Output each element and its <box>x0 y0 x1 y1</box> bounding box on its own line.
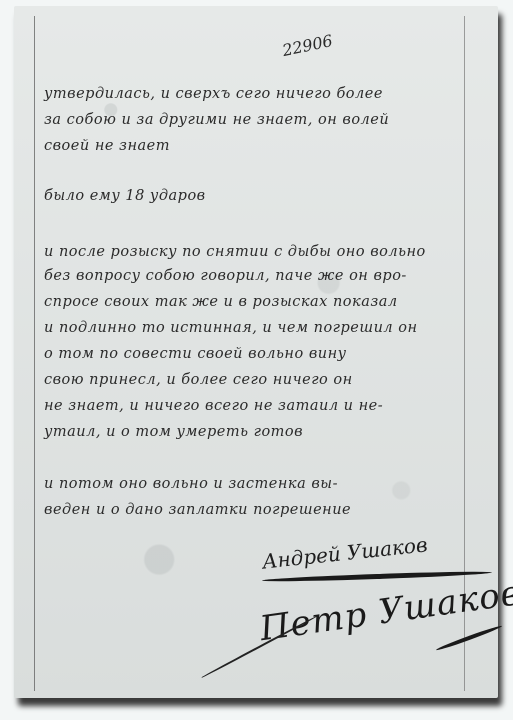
left-margin-rule <box>34 16 35 691</box>
text-line: и после розыску по снятии с дыбы оно вол… <box>44 244 426 260</box>
text-line: своей не знает <box>44 138 170 154</box>
text-line: свою принесл, и более сего ничего он <box>44 372 353 388</box>
text-line: спросе своих так же и в розысках показал <box>44 294 398 310</box>
text-line: о том по совести своей вольно вину <box>44 346 347 362</box>
text-line: было ему 18 ударов <box>44 188 206 204</box>
text-line: утвердилась, и сверхъ сего ничего более <box>44 86 383 102</box>
text-line: за собою и за другими не знает, он волей <box>44 112 389 128</box>
text-line: и подлинно то истинная, и чем погрешил о… <box>44 320 418 336</box>
signature-flourish <box>435 624 502 652</box>
manuscript-page: 22906 утвердилась, и сверхъ сего ничего … <box>14 6 498 698</box>
text-line: без вопросу собою говорил, паче же он вр… <box>44 268 407 284</box>
text-line: веден и о дано заплатки погрешение <box>44 502 351 518</box>
text-line: утаил, и о том умереть готов <box>44 424 303 440</box>
text-line: не знает, и ничего всего не затаил и не- <box>44 398 383 414</box>
text-line: и потом оно вольно и застенка вы- <box>44 476 338 492</box>
folio-number: 22906 <box>281 31 335 60</box>
signature-1: Андрей Ушаков <box>261 532 428 573</box>
